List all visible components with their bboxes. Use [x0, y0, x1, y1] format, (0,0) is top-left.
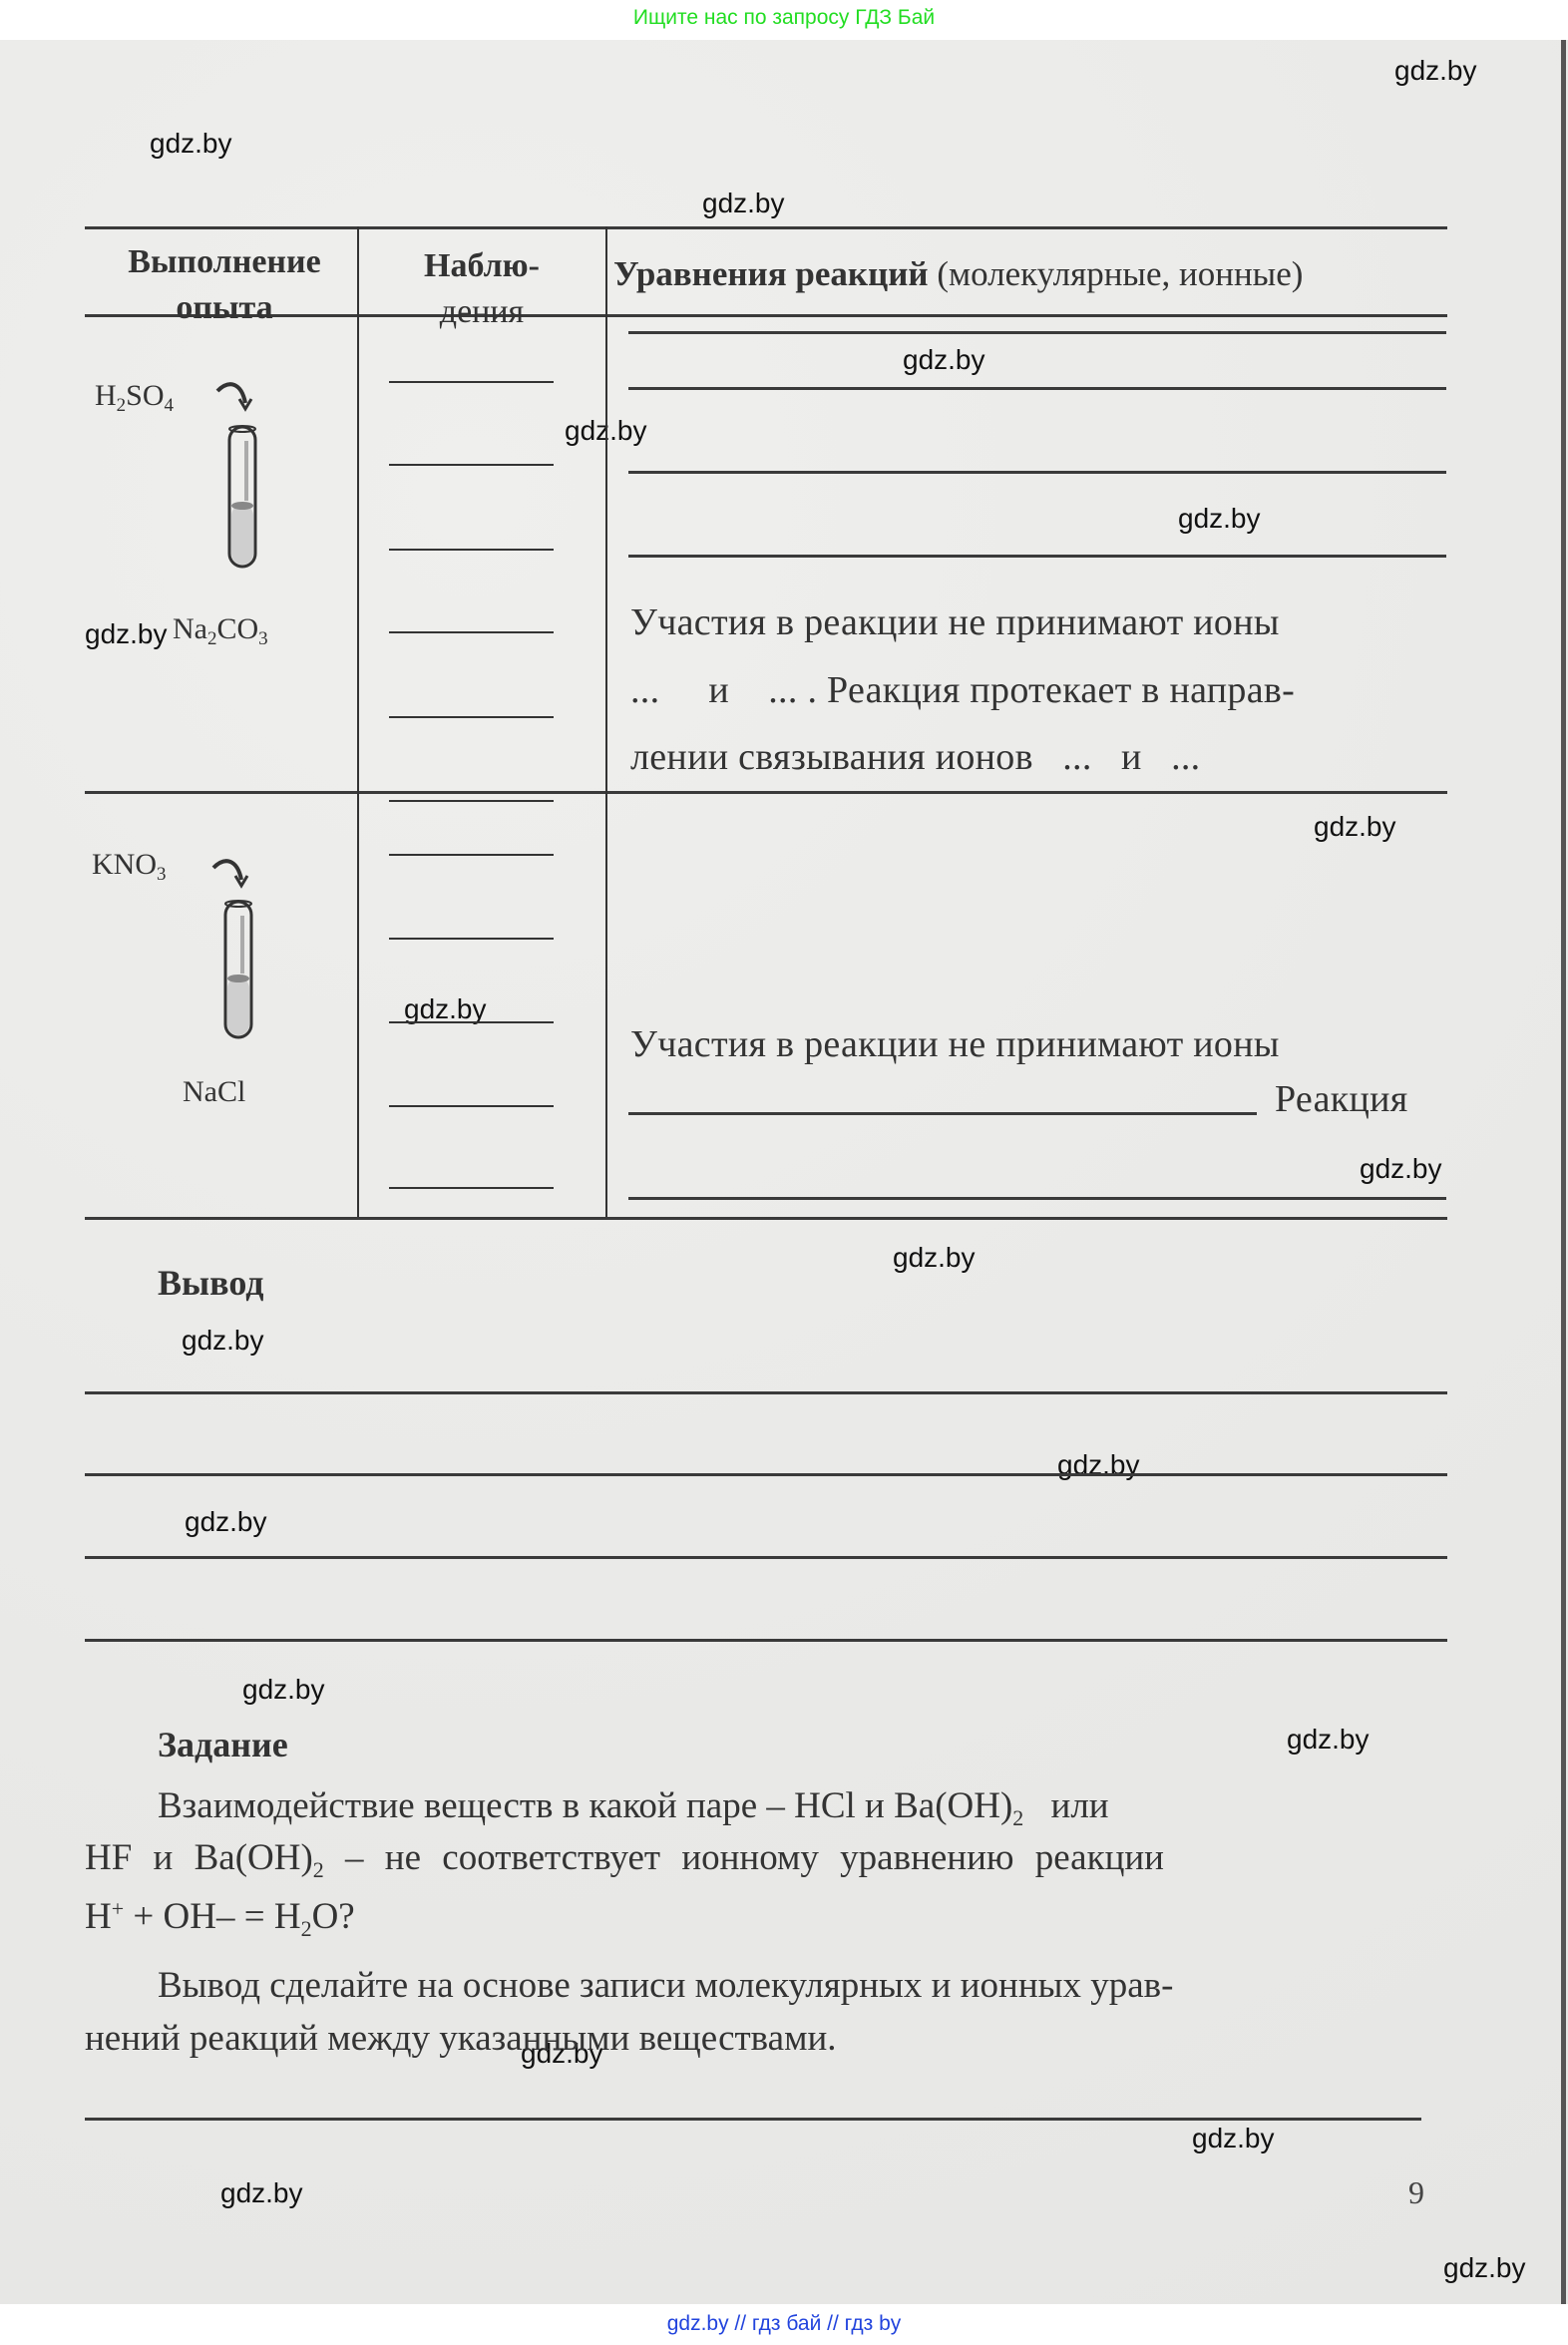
conclusion-heading: Вывод — [158, 1262, 264, 1304]
header-observations-line1: Наблю- — [361, 243, 602, 289]
watermark: gdz.by — [404, 995, 487, 1023]
equation-blank[interactable] — [628, 387, 1446, 390]
watermark: gdz.by — [1178, 505, 1261, 533]
answer-blank[interactable] — [85, 2118, 1421, 2121]
table-top-border — [85, 226, 1447, 229]
observation-blank[interactable] — [389, 1187, 554, 1189]
header-observations: Наблю- дения — [361, 243, 602, 335]
watermark: gdz.by — [1192, 2125, 1275, 2152]
watermark: gdz.by — [1314, 813, 1396, 841]
observation-blank[interactable] — [389, 854, 554, 856]
observation-blank[interactable] — [389, 464, 554, 466]
watermark: gdz.by — [150, 130, 232, 158]
watermark: gdz.by — [85, 620, 168, 648]
conclusion-blank[interactable] — [85, 1391, 1447, 1394]
conclusion-blank[interactable] — [85, 1473, 1447, 1476]
observation-blank[interactable] — [389, 938, 554, 940]
row1-text-line1: Участия в реакции не принимают ионы — [630, 600, 1280, 644]
page-number: 9 — [1408, 2174, 1424, 2211]
observation-blank[interactable] — [389, 716, 554, 718]
watermark: gdz.by — [182, 1327, 264, 1355]
table-col-divider-2 — [605, 226, 607, 1217]
task-equation: H+ + OH– = H2O? — [85, 1883, 355, 1955]
header-observations-line2: дения — [361, 289, 602, 335]
observation-blank[interactable] — [389, 800, 554, 802]
watermark: gdz.by — [185, 1508, 267, 1536]
reagent-na2co3: Na2CO3 — [173, 612, 268, 650]
reagent-nacl: NaCl — [183, 1075, 245, 1109]
watermark: gdz.by — [1287, 1726, 1370, 1754]
observation-blank[interactable] — [389, 1105, 554, 1107]
top-banner[interactable]: Ищите нас по запросу ГДЗ Бай — [0, 0, 1568, 40]
observation-blank[interactable] — [389, 1021, 554, 1023]
table-col-divider-1 — [357, 226, 359, 1217]
task-text-line5: нений реакций между указанными веществам… — [85, 2013, 837, 2065]
table-bottom-border — [85, 1217, 1447, 1220]
row2-text-line2: Реакция — [1275, 1077, 1408, 1121]
row1-text-line2: ... и ... . Реакция протекает в направ- — [630, 668, 1295, 712]
header-experiment: Выполнение опыта — [95, 239, 354, 331]
equation-blank[interactable] — [628, 471, 1446, 474]
equation-blank[interactable] — [628, 555, 1446, 558]
textbook-page: gdz.by gdz.by gdz.by gdz.by gdz.by gdz.b… — [0, 40, 1568, 2304]
conclusion-blank[interactable] — [85, 1639, 1447, 1642]
equation-blank[interactable] — [628, 1112, 1257, 1115]
watermark: gdz.by — [1443, 2254, 1526, 2282]
header-equations: Уравнения реакций (молекулярные, ионные) — [613, 251, 1451, 297]
watermark: gdz.by — [1360, 1155, 1442, 1183]
header-experiment-line1: Выполнение — [95, 239, 354, 285]
watermark: gdz.by — [1394, 57, 1477, 85]
conclusion-blank[interactable] — [85, 1556, 1447, 1559]
reagent-kno3: KNO3 — [92, 848, 167, 886]
test-tube-icon — [196, 856, 275, 1045]
task-heading: Задание — [158, 1724, 288, 1765]
watermark: gdz.by — [220, 2179, 303, 2207]
watermark: gdz.by — [903, 346, 985, 374]
observation-blank[interactable] — [389, 549, 554, 551]
reagent-h2so4: H2SO4 — [95, 379, 174, 417]
observation-blank[interactable] — [389, 631, 554, 633]
table-row-divider — [85, 791, 1447, 794]
observation-blank[interactable] — [389, 381, 554, 383]
watermark: gdz.by — [893, 1244, 976, 1272]
watermark: gdz.by — [702, 190, 785, 217]
header-equations-bold: Уравнения реакций — [613, 254, 929, 293]
header-experiment-line2: опыта — [95, 285, 354, 331]
bottom-banner[interactable]: gdz.by // гдз бай // гдз by — [0, 2304, 1568, 2345]
page-edge — [1561, 40, 1566, 2304]
watermark: gdz.by — [242, 1676, 325, 1704]
equation-blank[interactable] — [628, 1197, 1446, 1200]
test-tube-icon — [199, 379, 279, 574]
equation-blank[interactable] — [628, 331, 1446, 334]
row1-text-line3: лении связывания ионов ... и ... — [630, 735, 1200, 779]
row2-text-line1: Участия в реакции не принимают ионы — [630, 1022, 1280, 1066]
task-text-line4: Вывод сделайте на основе записи молекуля… — [158, 1960, 1173, 2012]
header-equations-normal: (молекулярные, ионные) — [937, 254, 1303, 293]
